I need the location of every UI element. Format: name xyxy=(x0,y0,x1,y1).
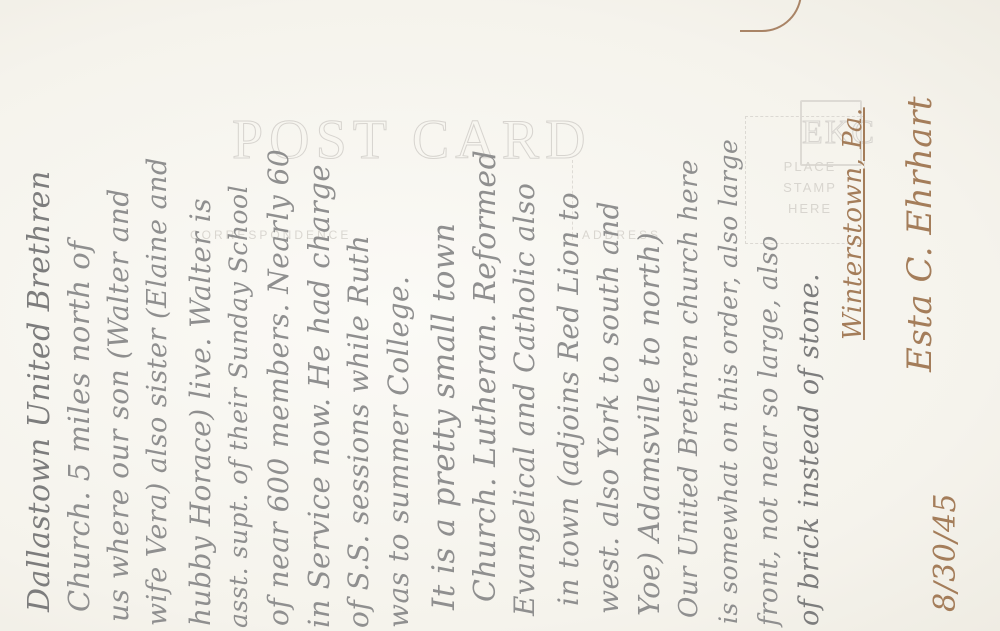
message-line: of near 600 members. Nearly 60 xyxy=(262,149,295,626)
message-line: hubby Horace) live. Walter is xyxy=(184,198,217,626)
message-line: front, not near so large, also xyxy=(754,235,784,626)
message-line: was to summer College. xyxy=(382,276,415,628)
message-line: wife Vera) also sister (Elaine and xyxy=(142,157,173,626)
message-line: Dallastown United Brethren xyxy=(22,170,57,612)
message-line: Church. 5 miles north of xyxy=(62,241,96,612)
postcard-back: POST CARD EKC CORRESPONDENCE ADDRESS PLA… xyxy=(0,0,1000,631)
message-line: of brick instead of stone. xyxy=(794,273,825,626)
bracket-mark xyxy=(740,0,802,32)
message-line: in Service now. He had charge xyxy=(302,164,336,628)
message-line: us where our son (Walter and xyxy=(102,188,135,622)
message-line: in town (adjoins Red Lion to xyxy=(552,192,585,606)
date: 8/30/45 xyxy=(928,493,963,612)
message-line: Yoe) Adamsville to north) xyxy=(632,232,666,616)
message-line: It is a pretty small town xyxy=(426,223,462,610)
message-line: Evangelical and Catholic also xyxy=(508,183,541,616)
location-line: Winterstown, Pa. xyxy=(838,107,868,340)
signature: Esta C. Ehrhart xyxy=(900,96,940,372)
message-line: Church. Lutheran. Reformed xyxy=(468,150,503,602)
message-line: Our United Brethren church here xyxy=(674,159,704,618)
message-line: is somewhat on this order, also large xyxy=(714,139,743,624)
message-line: west. also York to south and xyxy=(592,201,625,614)
message-line: of S.S. sessions while Ruth xyxy=(342,235,375,628)
message-line: asst. supt. of their Sunday School xyxy=(224,185,253,628)
